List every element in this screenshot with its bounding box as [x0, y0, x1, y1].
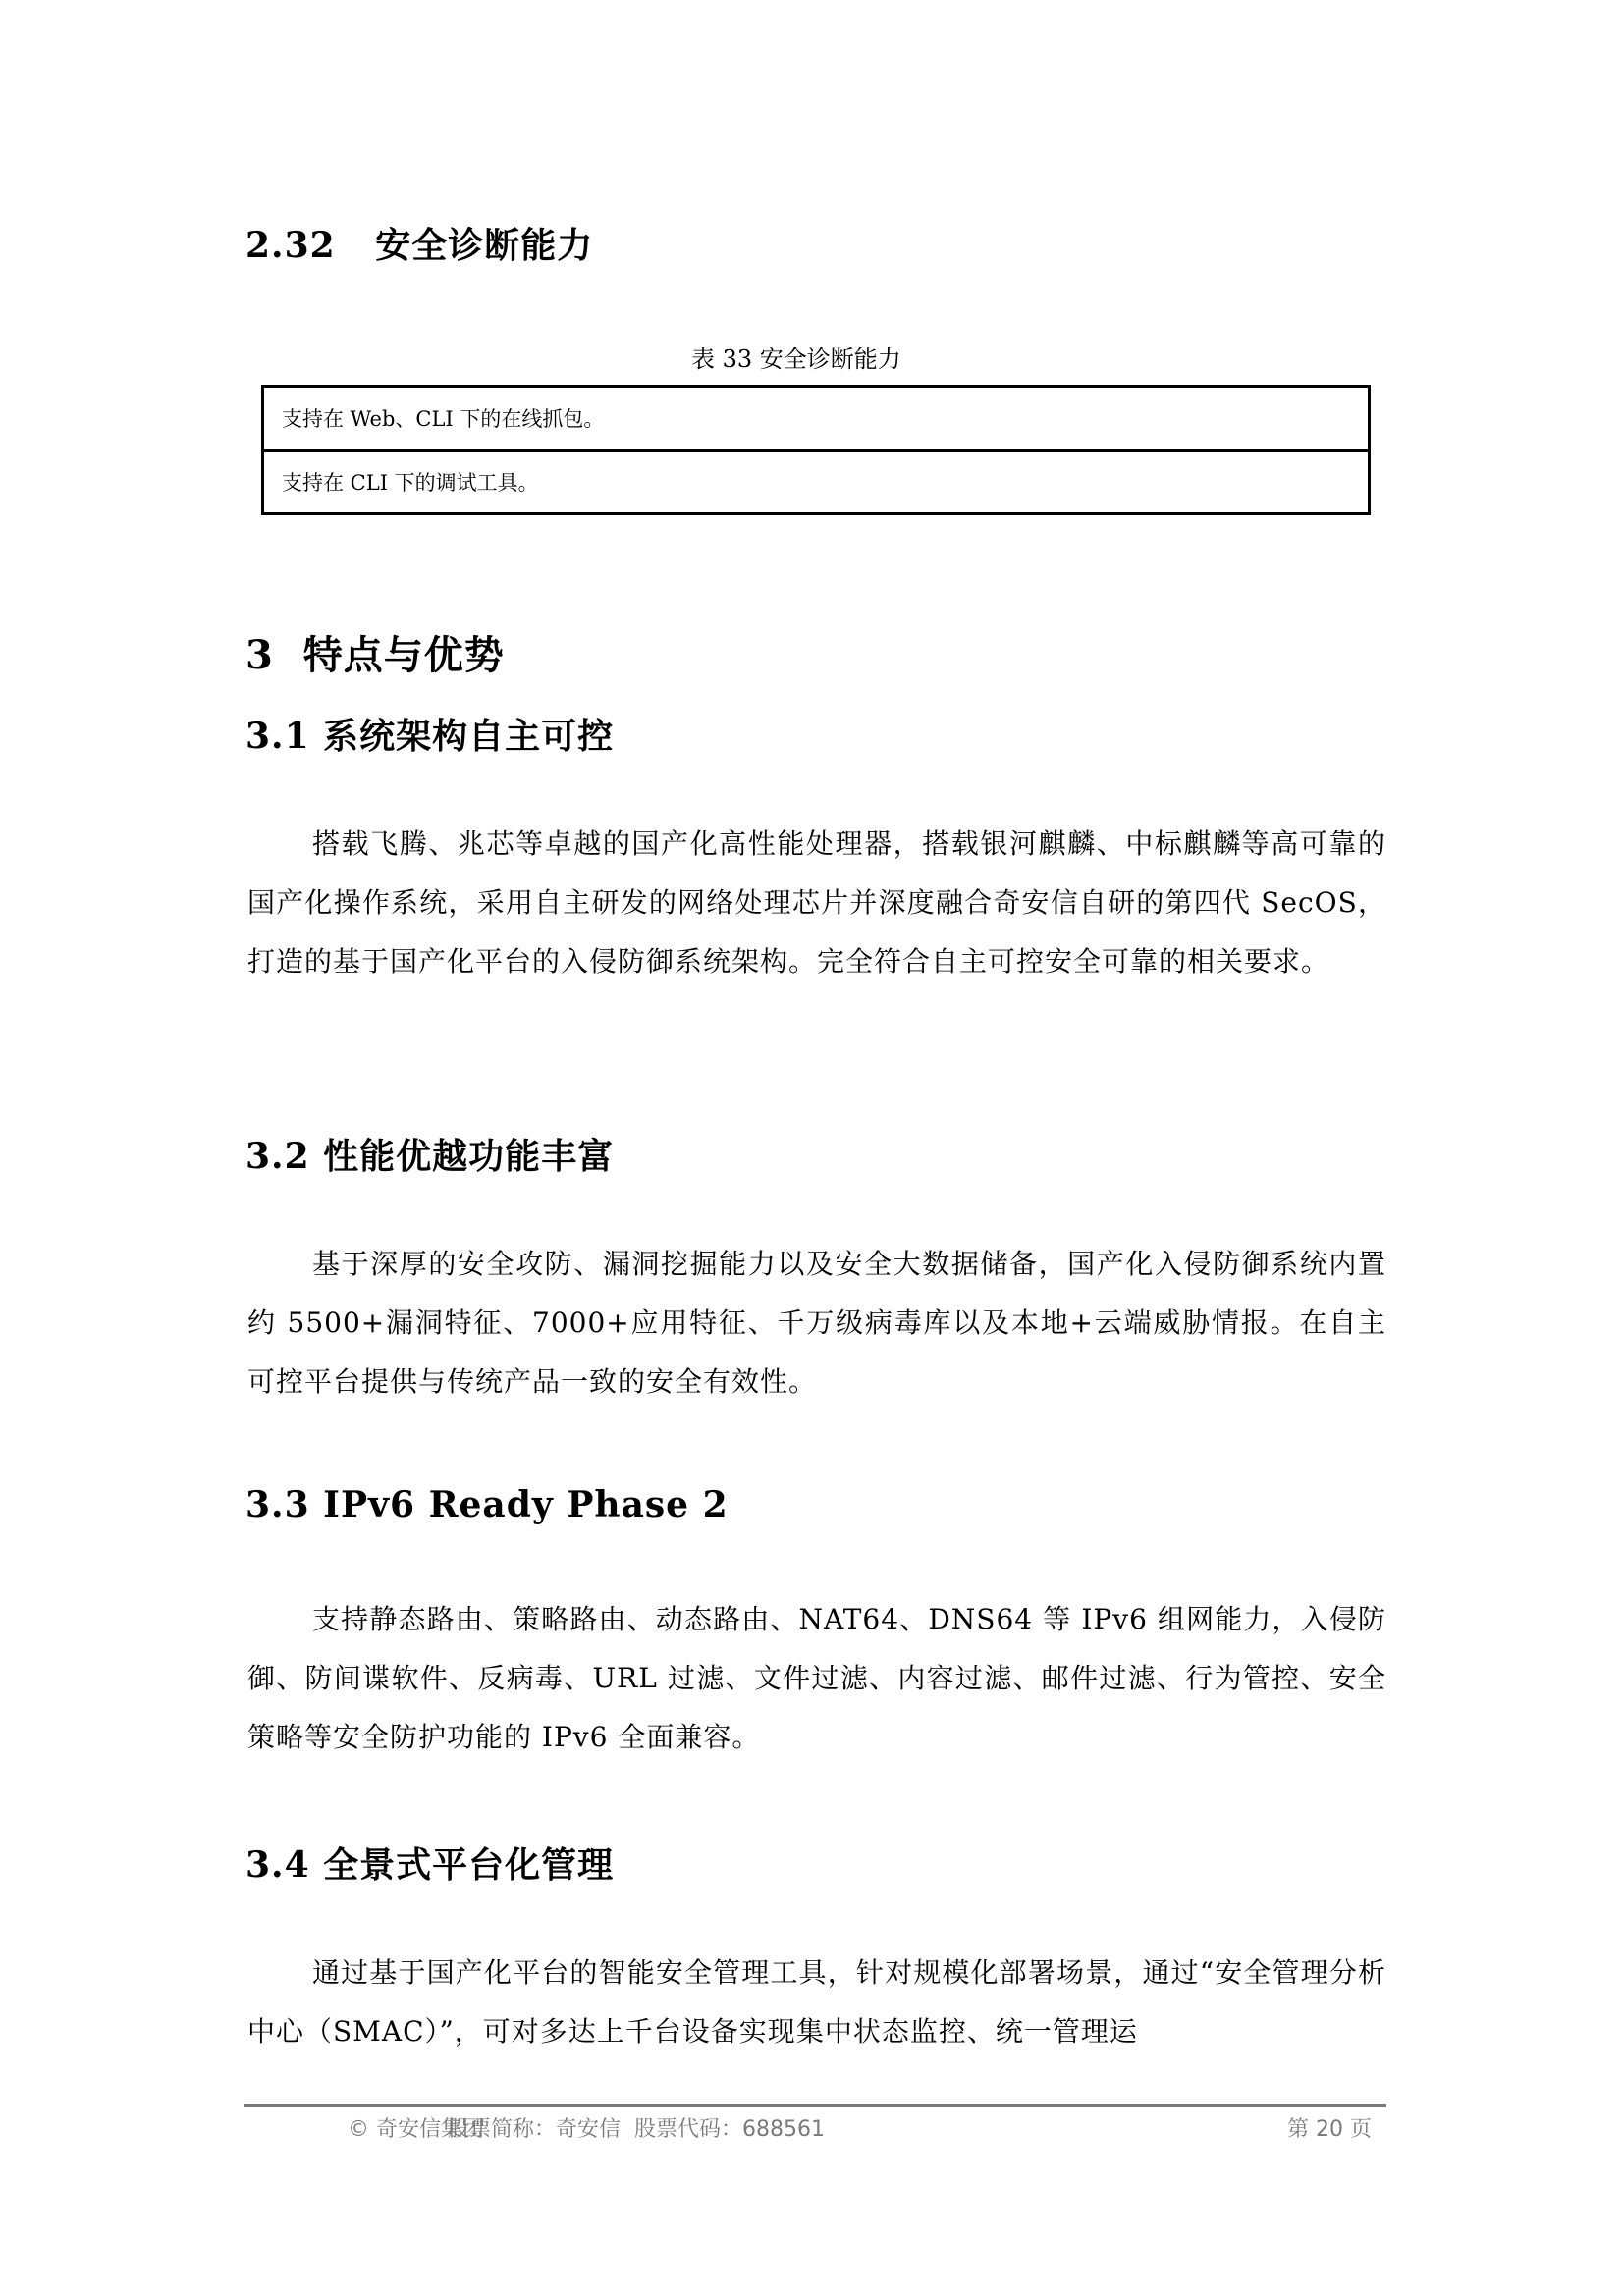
footer-stock-info: 股票简称：奇安信 股票代码：688561 [448, 2112, 825, 2143]
section-number: 2.32 [245, 225, 336, 266]
chapter-title: 特点与优势 [303, 632, 505, 678]
table-row: 支持在 Web、CLI 下的在线抓包。 [263, 387, 1370, 451]
section-heading-2-32: 2.32 安全诊断能力 [245, 218, 593, 268]
section-heading-3-1: 3.1 系统架构自主可控 [245, 709, 614, 759]
section-3-2-body: 基于深厚的安全攻防、漏洞挖掘能力以及安全大数据储备，国产化入侵防御系统内置约 5… [247, 1235, 1386, 1412]
section-heading-3-4: 3.4 全景式平台化管理 [245, 1838, 614, 1888]
section-3-4-body: 通过基于国产化平台的智能安全管理工具，针对规模化部署场景，通过“安全管理分析中心… [247, 1944, 1386, 2061]
table-caption: 表 33 安全诊断能力 [691, 340, 901, 374]
table-cell: 支持在 Web、CLI 下的在线抓包。 [263, 387, 1370, 451]
footer-divider [244, 2104, 1386, 2107]
section-3-1-body: 搭载飞腾、兆芯等卓越的国产化高性能处理器，搭载银河麒麟、中标麒麟等高可靠的国产化… [247, 815, 1386, 991]
table-row: 支持在 CLI 下的调试工具。 [263, 451, 1370, 514]
table-cell: 支持在 CLI 下的调试工具。 [263, 451, 1370, 514]
section-heading-3-2: 3.2 性能优越功能丰富 [245, 1129, 614, 1179]
section-heading-3-3: 3.3 IPv6 Ready Phase 2 [245, 1484, 729, 1525]
chapter-number: 3 [245, 632, 274, 678]
diagnostics-table: 支持在 Web、CLI 下的在线抓包。 支持在 CLI 下的调试工具。 [261, 385, 1371, 515]
chapter-heading-3: 3 特点与优势 [245, 624, 505, 680]
footer-page-number: 第 20 页 [1287, 2112, 1372, 2143]
section-3-3-body: 支持静态路由、策略路由、动态路由、NAT64、DNS64 等 IPv6 组网能力… [247, 1590, 1386, 1767]
section-title: 安全诊断能力 [375, 225, 593, 266]
